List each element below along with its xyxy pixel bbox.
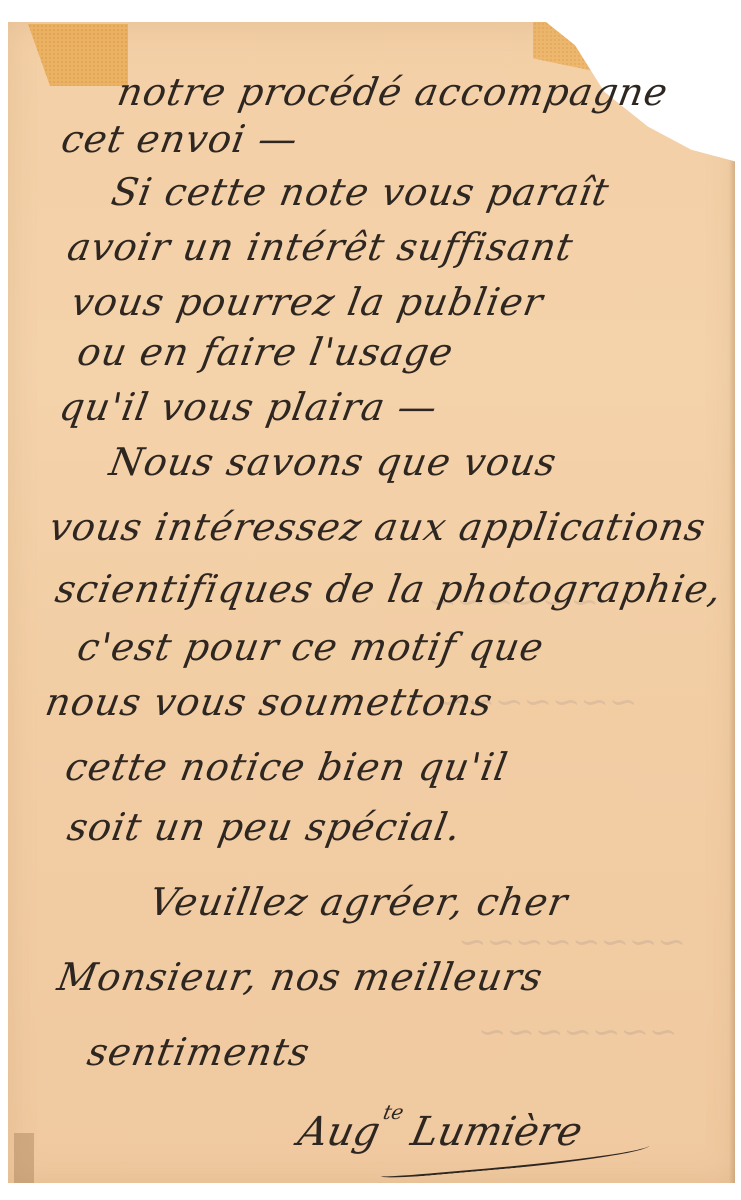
letter-line: cette notice bien qu'il: [62, 745, 511, 789]
letter-line: Si cette note vous paraît: [108, 170, 613, 214]
letter-line: vous intéressez aux applications: [46, 505, 709, 549]
letter-line: Nous savons que vous: [106, 440, 560, 484]
letter-line: c'est pour ce motif que: [74, 625, 547, 669]
page-edge: [729, 22, 735, 1183]
letter-line: nous vous soumettons: [42, 680, 496, 724]
letter-line: avoir un intérêt suffisant: [64, 225, 577, 269]
letter-line: ou en faire l'usage: [74, 330, 457, 374]
stain-bottom-left: [14, 1133, 34, 1183]
letter-line: Veuillez agréer, cher: [146, 880, 571, 924]
signature-superscript: te: [381, 1100, 406, 1124]
tape-top-left: [28, 24, 128, 86]
letter-line: sentiments: [84, 1030, 313, 1074]
bleed-through-mark: ~~~~~~~: [478, 1012, 677, 1052]
letter-line: qu'il vous plaira —: [56, 385, 441, 429]
letter-line: scientifiques de la photographie,: [52, 567, 725, 611]
letter-line: soit un peu spécial.: [64, 805, 465, 849]
signature-first-name: Aug: [294, 1109, 384, 1155]
tape-top-right: [533, 22, 608, 74]
letter-line: Monsieur, nos meilleurs: [54, 955, 546, 999]
letter-line: notre procédé accompagne: [114, 70, 672, 114]
letter-line: vous pourrez la publier: [68, 280, 547, 324]
letter-line: cet envoi —: [58, 117, 301, 161]
